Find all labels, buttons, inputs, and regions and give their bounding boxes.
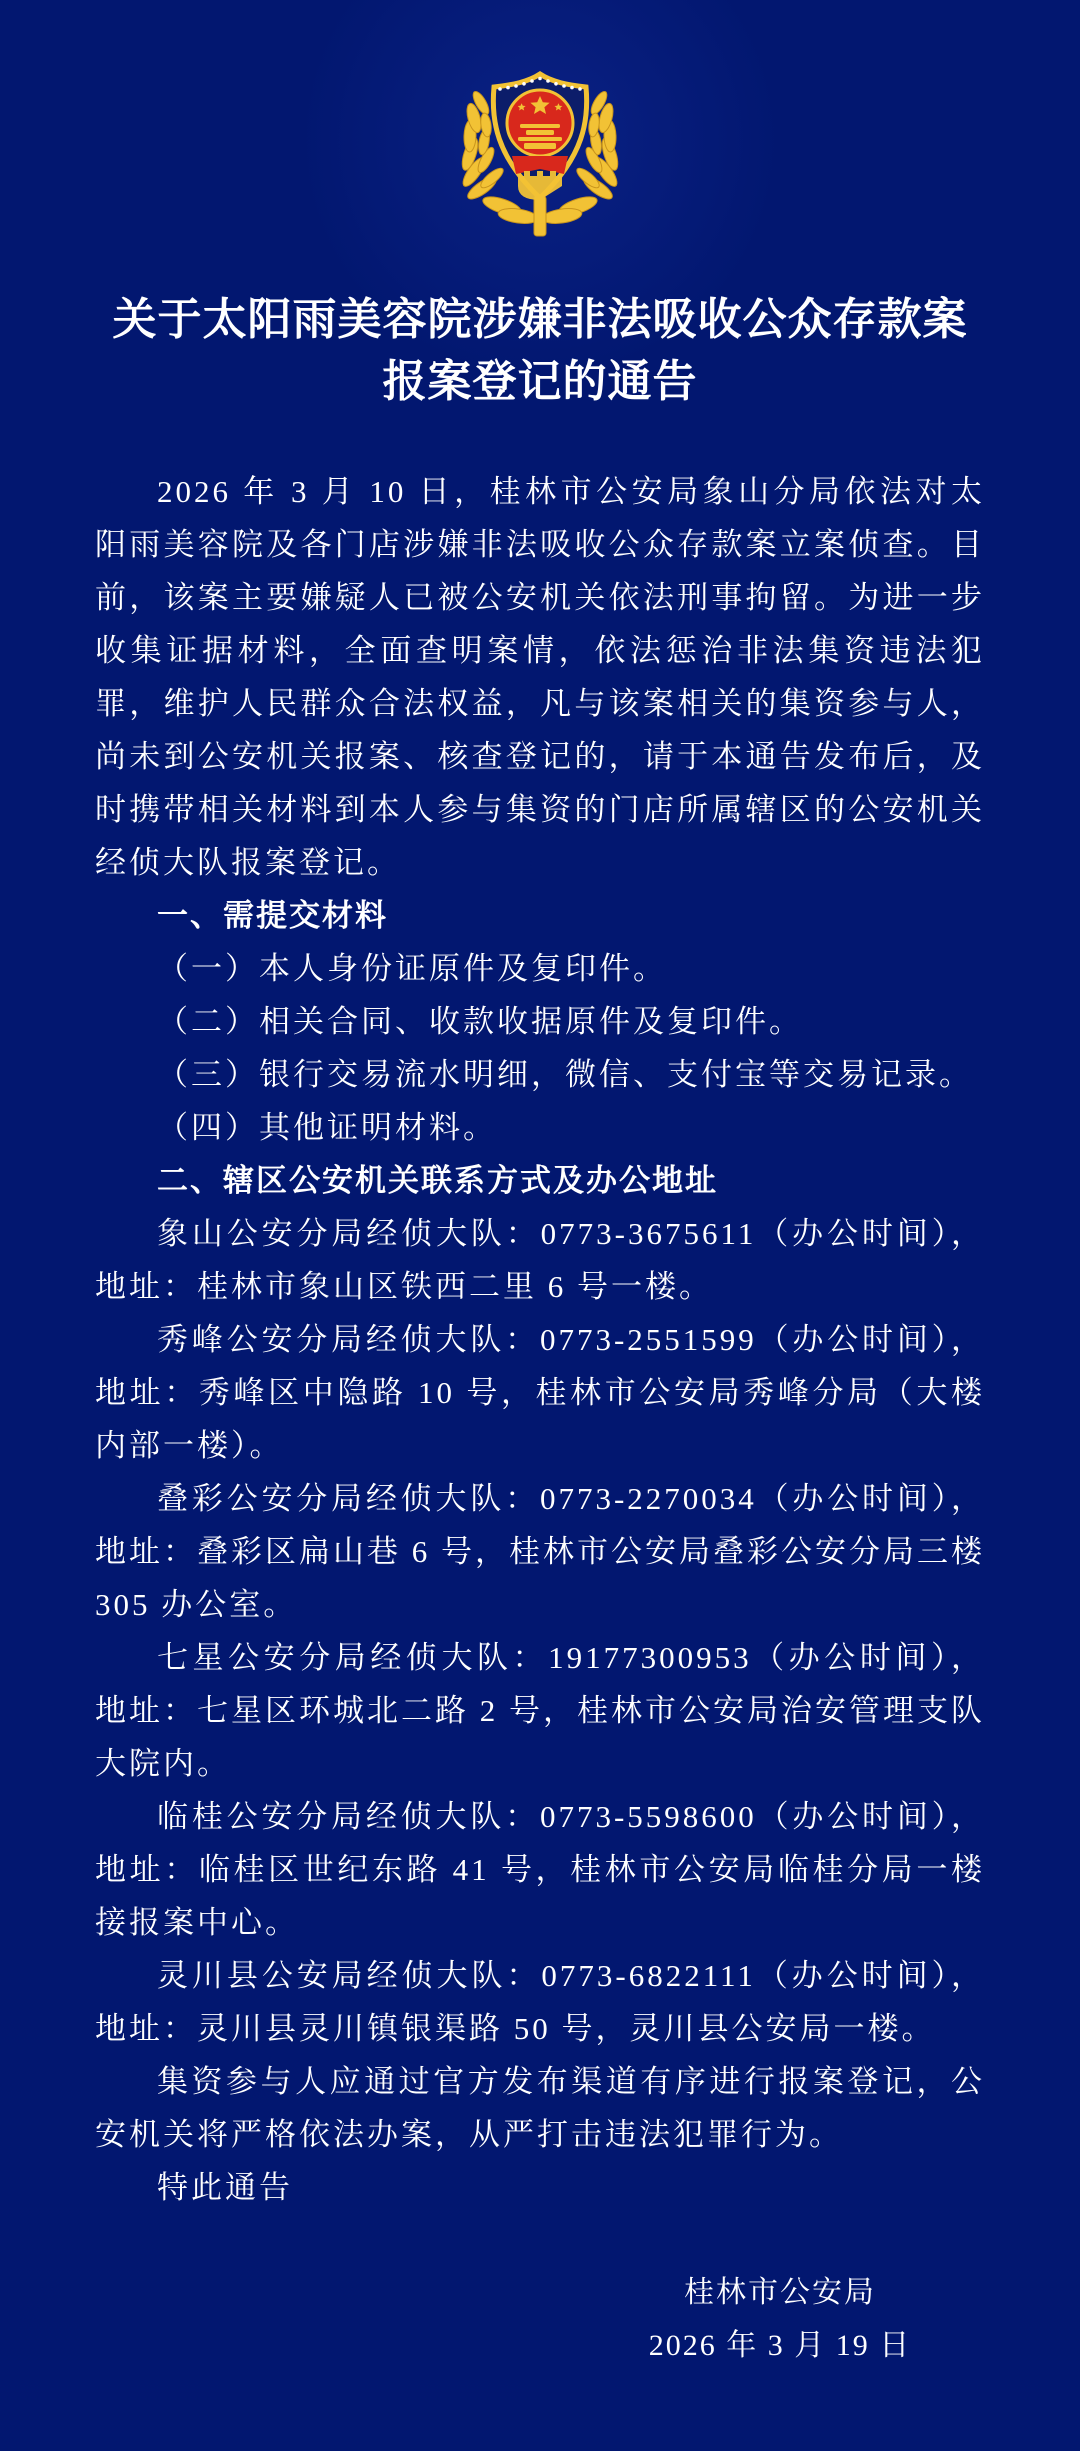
contact-xiufeng: 秀峰公安分局经侦大队：0773-2551599（办公时间），地址：秀峰区中隐路 … [95,1313,985,1472]
contact-diecai: 叠彩公安分局经侦大队：0773-2270034（办公时间），地址：叠彩区扁山巷 … [95,1472,985,1631]
police-badge-icon [440,48,640,243]
notice-title-line1: 关于太阳雨美容院涉嫌非法吸收公众存款案 [0,289,1080,351]
closing-paragraph: 集资参与人应通过官方发布渠道有序进行报案登记，公安机关将严格依法办案，从严打击违… [95,2055,985,2161]
contact-lingui: 临桂公安分局经侦大队：0773-5598600（办公时间），地址：临桂区世纪东路… [95,1790,985,1949]
contact-xiangshan: 象山公安分局经侦大队：0773-3675611（办公时间），地址：桂林市象山区铁… [95,1207,985,1313]
section1-header: 一、需提交材料 [95,889,985,942]
material-item-2: （二）相关合同、收款收据原件及复印件。 [95,995,985,1048]
material-item-1: （一）本人身份证原件及复印件。 [95,942,985,995]
signature-agency: 桂林市公安局 [630,2266,930,2319]
notice-title: 关于太阳雨美容院涉嫌非法吸收公众存款案 报案登记的通告 [0,289,1080,413]
section2-header: 二、辖区公安机关联系方式及办公地址 [95,1154,985,1207]
material-item-4: （四）其他证明材料。 [95,1101,985,1154]
contact-qixing: 七星公安分局经侦大队：19177300953（办公时间），地址：七星区环城北二路… [95,1631,985,1790]
notice-title-line2: 报案登记的通告 [0,351,1080,413]
signature-date: 2026 年 3 月 19 日 [630,2319,930,2372]
emblem-container [0,0,1080,243]
notice-body: 2026 年 3 月 10 日，桂林市公安局象山分局依法对太阳雨美容院及各门店涉… [95,465,985,2214]
material-item-3: （三）银行交易流水明细，微信、支付宝等交易记录。 [95,1048,985,1101]
hereby-notice: 特此通告 [95,2161,985,2214]
signature-block: 桂林市公安局 2026 年 3 月 19 日 [630,2266,930,2372]
notice-document: 关于太阳雨美容院涉嫌非法吸收公众存款案 报案登记的通告 2026 年 3 月 1… [0,0,1080,2451]
intro-paragraph: 2026 年 3 月 10 日，桂林市公安局象山分局依法对太阳雨美容院及各门店涉… [95,465,985,889]
contact-lingchuan: 灵川县公安局经侦大队：0773-6822111（办公时间），地址：灵川县灵川镇银… [95,1949,985,2055]
